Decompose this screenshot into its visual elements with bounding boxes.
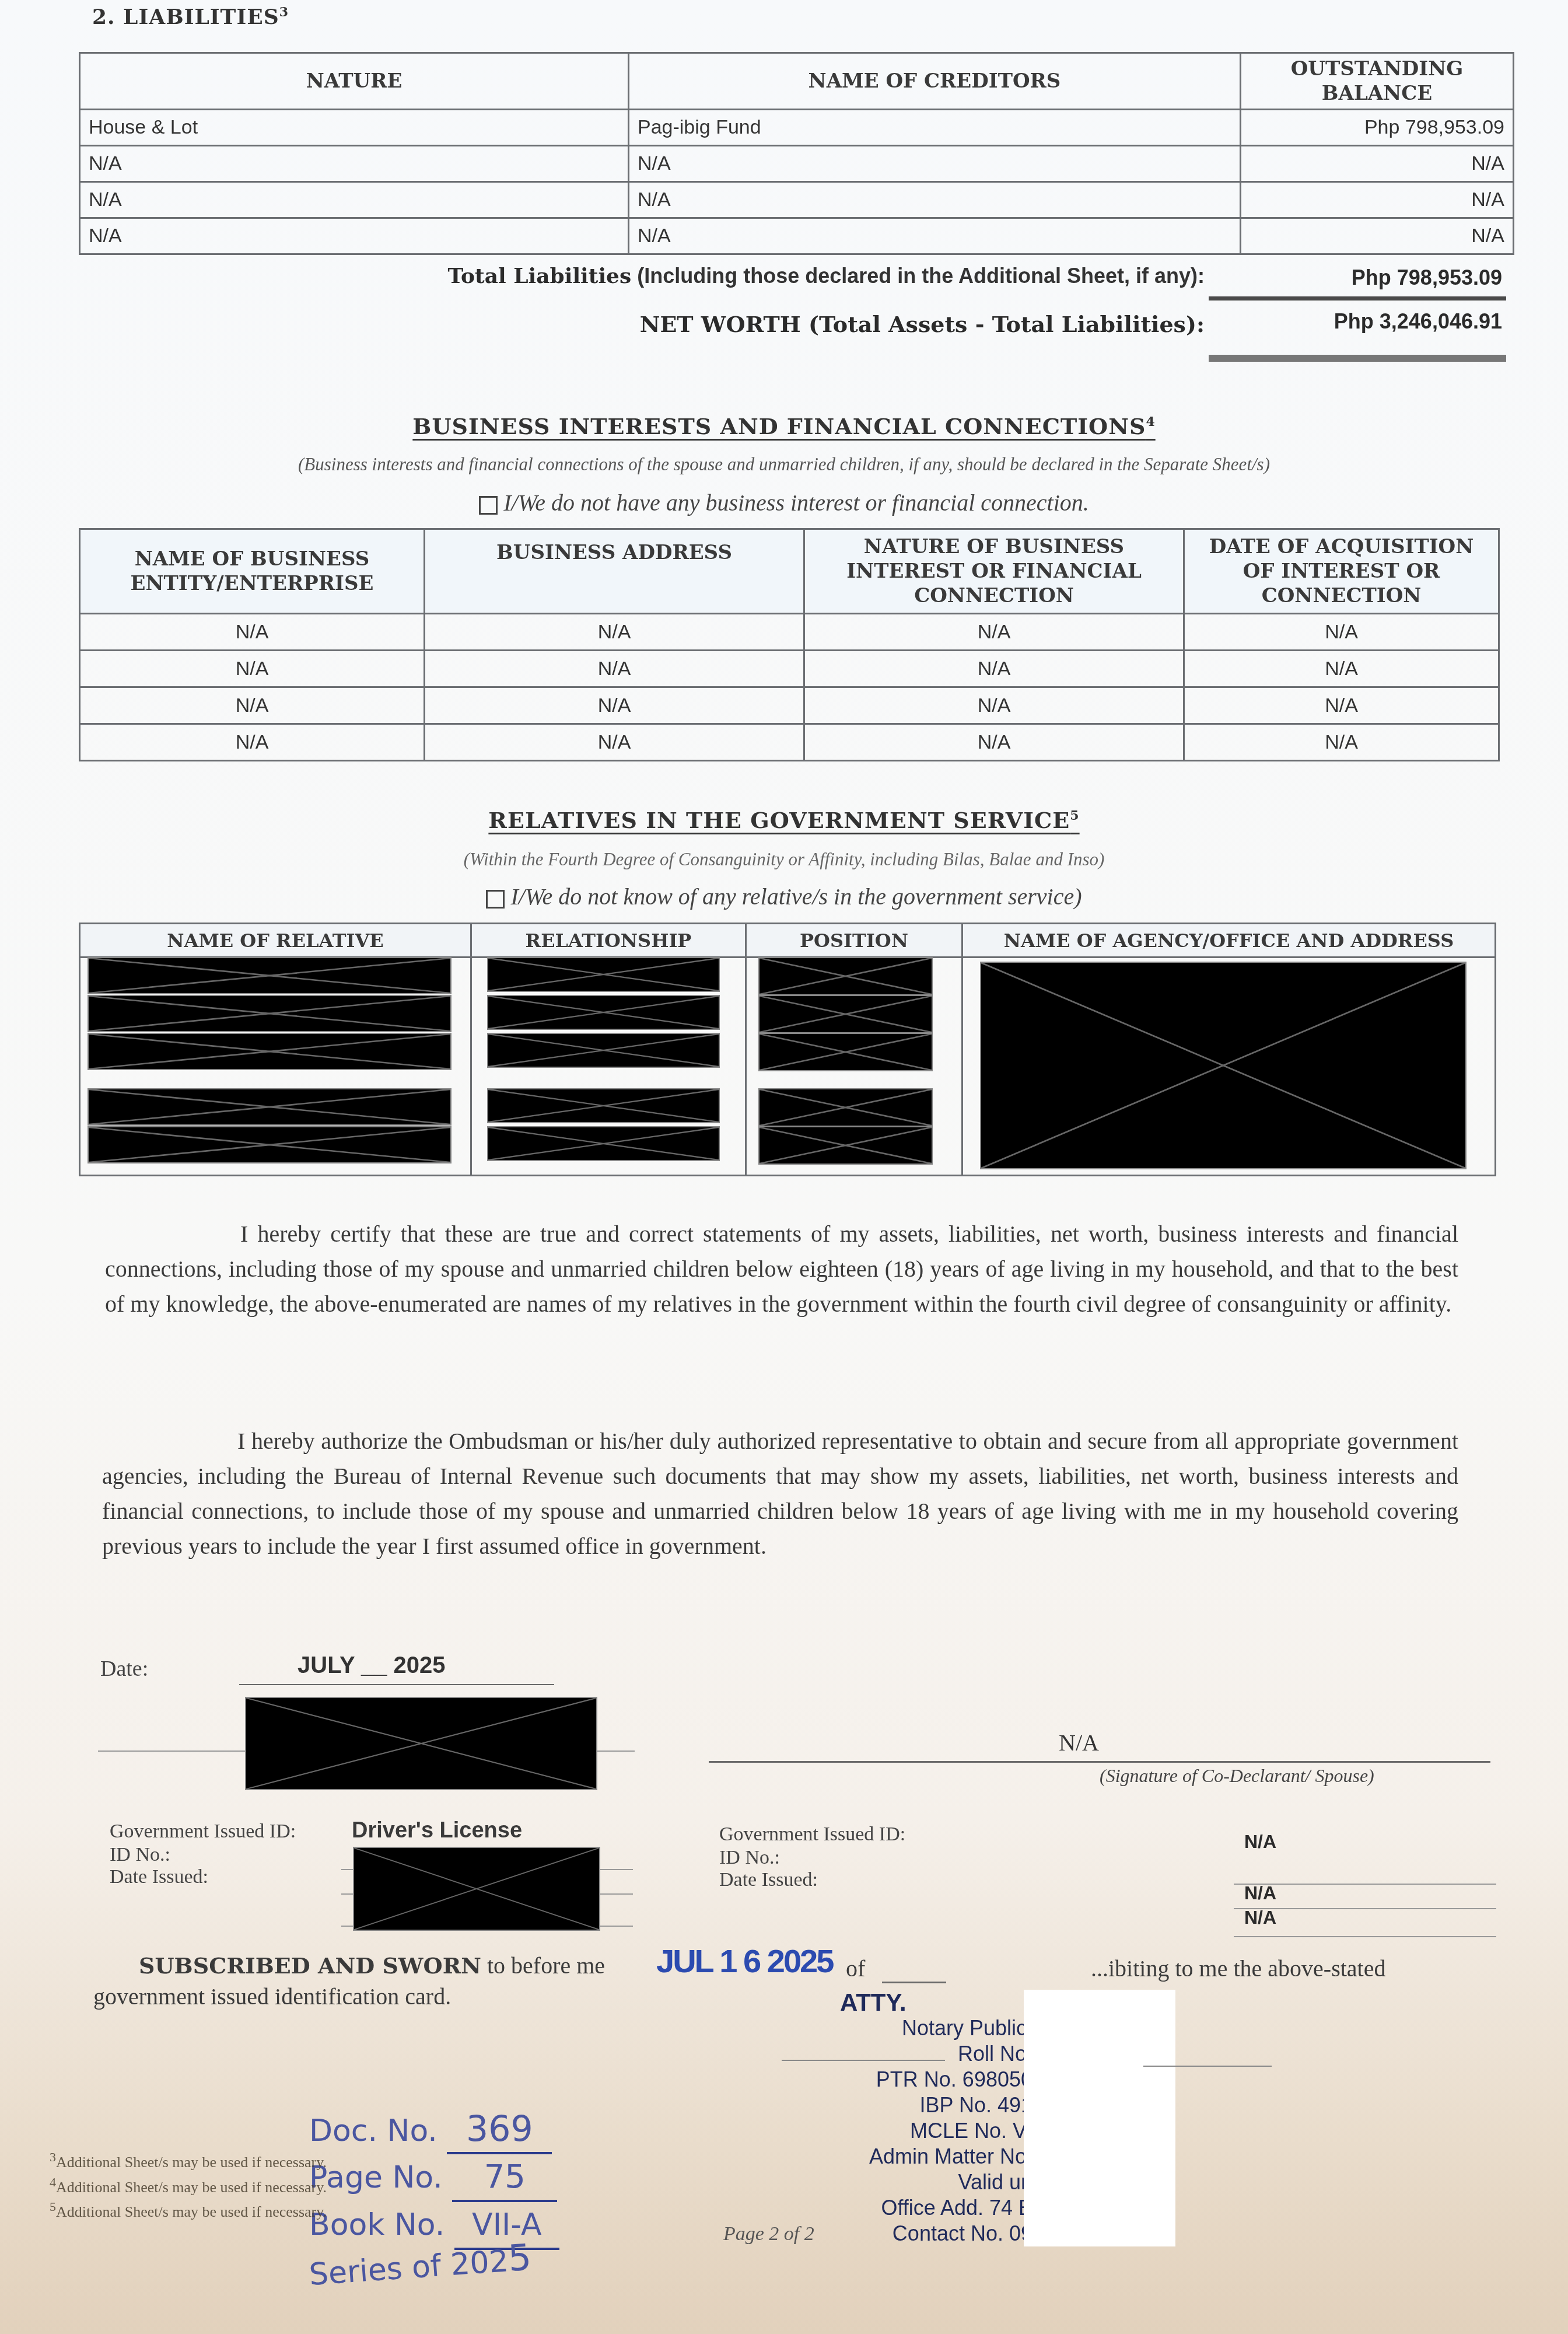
cell: N/A xyxy=(80,614,425,651)
notary-title: Notary Public xyxy=(752,2015,1032,2041)
redacted-relative-cell xyxy=(87,1088,452,1126)
cell: N/A xyxy=(425,724,804,761)
table-row: N/A N/A N/A xyxy=(80,146,1514,182)
date-underline xyxy=(239,1684,554,1685)
col-agency: NAME OF AGENCY/OFFICE AND ADDRESS xyxy=(963,924,1496,958)
notary-line-left xyxy=(782,2060,945,2061)
net-worth-label: NET WORTH (Total Assets - Total Liabilit… xyxy=(423,311,1205,337)
redacted-relative-cell xyxy=(758,1126,933,1165)
notary-roll: Roll No. xyxy=(752,2041,1032,2067)
cell-nature: N/A xyxy=(80,182,629,218)
spouse-id-no-value: N/A xyxy=(1244,1882,1276,1904)
page-no-label: Page No. xyxy=(309,2160,443,2195)
table-row: N/AN/AN/AN/A xyxy=(80,687,1499,724)
book-no-label: Book No. xyxy=(309,2207,444,2242)
cell-balance: N/A xyxy=(1241,218,1514,254)
series-label: Series of 202 xyxy=(308,2244,510,2293)
col-creditors: NAME OF CREDITORS xyxy=(629,53,1241,110)
cell: N/A xyxy=(804,651,1184,687)
co-declarant-signature-line xyxy=(709,1761,1490,1763)
cell: N/A xyxy=(1184,651,1499,687)
redacted-relative-cell xyxy=(487,1088,720,1123)
authorization-paragraph: I hereby authorize the Ombudsman or his/… xyxy=(102,1424,1458,1564)
total-liabilities-rest: (Including those declared in the Additio… xyxy=(631,264,1205,288)
cell: N/A xyxy=(425,651,804,687)
business-note: (Business interests and financial connec… xyxy=(0,454,1568,475)
cell-balance: Php 798,953.09 xyxy=(1241,110,1514,146)
col-business-date: DATE OF ACQUISITION OF INTEREST OR CONNE… xyxy=(1184,529,1499,614)
relatives-none-option[interactable]: I/We do not know of any relative/s in th… xyxy=(0,883,1568,910)
liabilities-title: 2. LIABILITIES3 xyxy=(92,5,289,29)
id-no-label: ID No.: xyxy=(110,1844,302,1866)
redacted-relative-cell xyxy=(758,1033,933,1071)
cell: N/A xyxy=(1184,724,1499,761)
redacted-relative-cell xyxy=(758,1088,933,1127)
business-title-text: BUSINESS INTERESTS AND FINANCIAL CONNECT… xyxy=(412,413,1146,439)
cell: N/A xyxy=(80,687,425,724)
notary-whiteout xyxy=(1024,1990,1175,2246)
business-none-option[interactable]: I/We do not have any business interest o… xyxy=(0,489,1568,516)
table-row: N/AN/AN/AN/A xyxy=(80,651,1499,687)
cell-nature: N/A xyxy=(80,146,629,182)
spouse-id-labels: Government Issued ID: ID No.: Date Issue… xyxy=(719,1823,941,1891)
total-underline xyxy=(1209,296,1506,301)
cell-creditor: N/A xyxy=(629,146,1241,182)
col-business-name: NAME OF BUSINESS ENTITY/ENTERPRISE xyxy=(80,529,425,614)
cell: N/A xyxy=(1184,614,1499,651)
notary-ptr: PTR No. 698050 xyxy=(752,2067,1032,2092)
cell: N/A xyxy=(804,724,1184,761)
jurat-of: of xyxy=(846,1955,865,1982)
spouse-gov-id-value: N/A xyxy=(1244,1831,1276,1853)
business-title: BUSINESS INTERESTS AND FINANCIAL CONNECT… xyxy=(0,413,1568,439)
jurat-blank xyxy=(882,1982,946,1983)
date-stamp: JUL 1 6 2025 xyxy=(656,1942,832,1980)
doc-no-label: Doc. No. xyxy=(309,2113,437,2148)
declarant-gov-id-value: Driver's License xyxy=(352,1818,522,1843)
relatives-none-checkbox[interactable] xyxy=(486,890,505,909)
net-worth-underline xyxy=(1209,355,1506,362)
cell-nature: House & Lot xyxy=(80,110,629,146)
jurat-line-1: SUBSCRIBED AND SWORN to before me xyxy=(139,1952,605,1979)
redacted-relative-cell xyxy=(487,957,720,992)
footnote-mark: 5 xyxy=(1070,808,1079,823)
table-row: N/A N/A N/A xyxy=(80,182,1514,218)
liabilities-table: NATURE NAME OF CREDITORS OUTSTANDING BAL… xyxy=(79,52,1514,255)
footnotes: 3Additional Sheet/s may be used if neces… xyxy=(50,2147,327,2222)
cell: N/A xyxy=(80,724,425,761)
col-balance: OUTSTANDING BALANCE xyxy=(1241,53,1514,110)
notary-block: ATTY. Notary Public Roll No. PTR No. 698… xyxy=(752,1990,1032,2246)
cell-creditor: N/A xyxy=(629,218,1241,254)
table-row: N/AN/AN/AN/A xyxy=(80,614,1499,651)
col-relative-name: NAME OF RELATIVE xyxy=(80,924,471,958)
co-declarant-signature: N/A xyxy=(1059,1729,1099,1756)
jurat-bold: SUBSCRIBED AND SWORN xyxy=(139,1952,481,1979)
redacted-relative-cell xyxy=(87,957,452,994)
spouse-extra-line xyxy=(1234,1936,1496,1937)
page-no-value: 75 xyxy=(452,2154,557,2202)
redacted-relative-cell xyxy=(87,1033,452,1070)
date-value: JULY __ 2025 xyxy=(297,1652,446,1679)
relatives-title-text: RELATIVES IN THE GOVERNMENT SERVICE xyxy=(488,807,1070,833)
relatives-note: (Within the Fourth Degree of Consanguini… xyxy=(0,849,1568,870)
business-table: NAME OF BUSINESS ENTITY/ENTERPRISE BUSIN… xyxy=(79,528,1500,761)
footnote-3: Additional Sheet/s may be used if necess… xyxy=(56,2154,327,2171)
jurat-before: to before me xyxy=(481,1952,605,1979)
spouse-date-issued-value: N/A xyxy=(1244,1907,1276,1928)
liabilities-title-text: 2. LIABILITIES xyxy=(92,5,279,29)
cell: N/A xyxy=(804,687,1184,724)
table-row: House & Lot Pag-ibig Fund Php 798,953.09 xyxy=(80,110,1514,146)
redacted-relative-cell xyxy=(87,995,452,1032)
notary-office: Office Add. 74 B xyxy=(752,2195,1032,2221)
total-liabilities-label: Total Liabilities (Including those decla… xyxy=(423,264,1205,288)
footnote-mark: 3 xyxy=(279,5,289,20)
series-value: 5 xyxy=(507,2235,533,2280)
notary-line-right xyxy=(1143,2066,1272,2067)
redacted-relative-cell xyxy=(487,995,720,1030)
col-position: POSITION xyxy=(746,924,963,958)
cell: N/A xyxy=(1184,687,1499,724)
certification-paragraph-1: I hereby certify that these are true and… xyxy=(105,1217,1458,1322)
net-worth-value: Php 3,246,046.91 xyxy=(1210,309,1502,334)
redacted-relative-cell xyxy=(87,1126,452,1163)
redacted-signature xyxy=(245,1697,597,1790)
cell-creditor: N/A xyxy=(629,182,1241,218)
cell-creditor: Pag-ibig Fund xyxy=(629,110,1241,146)
cell: N/A xyxy=(425,614,804,651)
declarant-id-labels: Government Issued ID: ID No.: Date Issue… xyxy=(110,1821,302,1888)
date-label: Date: xyxy=(100,1656,148,1682)
total-liabilities-value: Php 798,953.09 xyxy=(1210,265,1502,290)
table-row: N/A N/A N/A xyxy=(80,218,1514,254)
relatives-none-label: I/We do not know of any relative/s in th… xyxy=(510,883,1081,910)
notary-admin: Admin Matter No. xyxy=(752,2144,1032,2169)
redacted-relative-cell xyxy=(758,995,933,1033)
redacted-relative-cell xyxy=(487,1033,720,1068)
footnote-5: Additional Sheet/s may be used if necess… xyxy=(56,2203,327,2220)
notary-valid: Valid un xyxy=(752,2169,1032,2195)
notary-ibp: IBP No. 491 xyxy=(752,2092,1032,2118)
cell: N/A xyxy=(804,614,1184,651)
redacted-relative-cell xyxy=(487,1126,720,1161)
spouse-id-no-label: ID No.: xyxy=(719,1847,941,1869)
co-declarant-caption: (Signature of Co-Declarant/ Spouse) xyxy=(1100,1765,1374,1787)
redacted-agency-address xyxy=(980,962,1466,1169)
footnote-4: Additional Sheet/s may be used if necess… xyxy=(56,2178,327,2195)
redacted-relative-cell xyxy=(758,957,933,995)
cell-nature: N/A xyxy=(80,218,629,254)
col-business-nature: NATURE OF BUSINESS INTEREST OR FINANCIAL… xyxy=(804,529,1184,614)
redacted-id-number xyxy=(353,1847,600,1931)
table-row: N/AN/AN/AN/A xyxy=(80,724,1499,761)
col-relationship: RELATIONSHIP xyxy=(471,924,746,958)
notary-atty: ATTY. xyxy=(752,1990,1032,2015)
jurat-after: ...ibiting to me the above-stated xyxy=(1091,1955,1385,1982)
doc-no-value: 369 xyxy=(447,2106,552,2154)
jurat-line-2: government issued identification card. xyxy=(93,1983,451,2010)
spouse-gov-id-label: Government Issued ID: xyxy=(719,1823,941,1846)
cell: N/A xyxy=(425,687,804,724)
cell: N/A xyxy=(80,651,425,687)
notary-mcle: MCLE No. VI xyxy=(752,2118,1032,2144)
col-business-address: BUSINESS ADDRESS xyxy=(425,529,804,614)
notarial-register: Doc. No. 369 Page No. 75 Book No. VII-A … xyxy=(309,2106,559,2298)
business-none-label: I/We do not have any business interest o… xyxy=(503,490,1089,516)
footnote-mark: 4 xyxy=(1146,414,1155,429)
spouse-date-issued-label: Date Issued: xyxy=(719,1869,941,1891)
gov-id-label: Government Issued ID: xyxy=(110,1821,302,1843)
date-issued-label: Date Issued: xyxy=(110,1866,302,1888)
total-liabilities-bold: Total Liabilities xyxy=(447,264,631,288)
cell-balance: N/A xyxy=(1241,182,1514,218)
business-none-checkbox[interactable] xyxy=(479,496,498,515)
cell-balance: N/A xyxy=(1241,146,1514,182)
relatives-title: RELATIVES IN THE GOVERNMENT SERVICE5 xyxy=(0,807,1568,833)
page-number: Page 2 of 2 xyxy=(723,2223,814,2245)
col-nature: NATURE xyxy=(80,53,629,110)
